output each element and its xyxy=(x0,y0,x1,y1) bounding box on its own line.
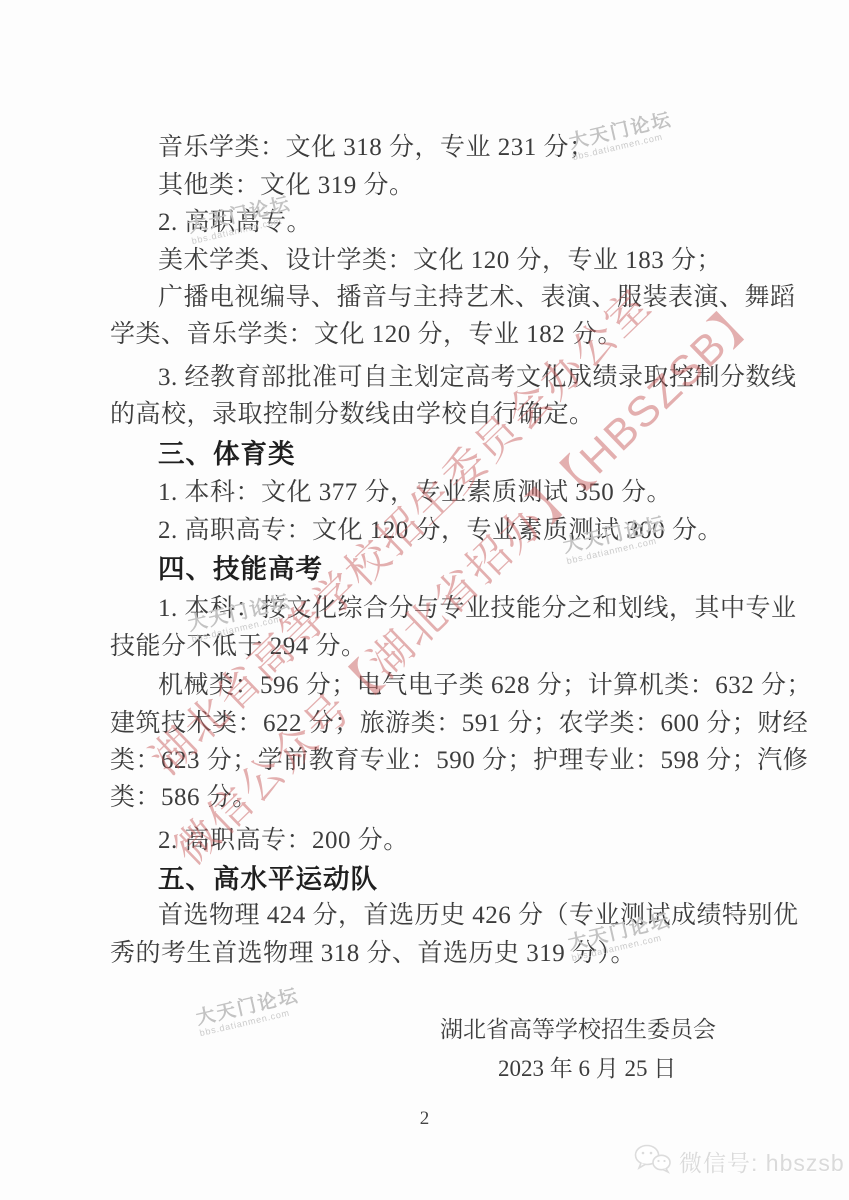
doc-line: 1. 本科：按文化综合分与专业技能分之和划线，其中专业 xyxy=(158,588,797,624)
doc-line: 秀的考生首选物理 318 分、首选历史 319 分）。 xyxy=(110,933,636,969)
signature: 湖北省高等学校招生委员会 xyxy=(440,1011,716,1044)
page-number: 2 xyxy=(0,1108,849,1130)
doc-line: 其他类：文化 319 分。 xyxy=(158,165,415,201)
doc-line: 类：623 分；学前教育专业：590 分；护理专业：598 分；汽修 xyxy=(110,740,808,776)
doc-line: 首选物理 424 分，首选历史 426 分（专业测试成绩特别优 xyxy=(158,895,799,931)
doc-line: 建筑技术类：622 分；旅游类：591 分；农学类：600 分；财经 xyxy=(110,703,808,739)
doc-line: 技能分不低于 294 分。 xyxy=(110,626,367,662)
section-heading-sports: 三、体育类 xyxy=(158,432,296,471)
doc-line: 广播电视编导、播音与主持艺术、表演、服装表演、舞蹈 xyxy=(158,277,796,313)
doc-line: 机械类：596 分；电气电子类 628 分；计算机类：632 分； xyxy=(158,665,812,701)
signature-date: 2023 年 6 月 25 日 xyxy=(498,1050,676,1083)
section-heading-skills: 四、技能高考 xyxy=(158,547,323,586)
doc-line: 1. 本科：文化 377 分，专业素质测试 350 分。 xyxy=(158,472,672,508)
forum-watermark-title: 大天门论坛 xyxy=(193,980,301,1030)
doc-line: 的高校，录取控制分数线由学校自行确定。 xyxy=(110,394,595,430)
doc-line: 美术学类、设计学类：文化 120 分，专业 183 分； xyxy=(158,240,722,276)
forum-watermark: 大天门论坛 bbs.datianmen.com xyxy=(193,980,303,1038)
document-page: 音乐学类：文化 318 分，专业 231 分； 其他类：文化 319 分。 2.… xyxy=(0,0,849,1200)
doc-line: 3. 经教育部批准可自主划定高考文化成绩录取控制分数线 xyxy=(158,357,797,393)
wechat-id-label: 微信号: hbszsb xyxy=(679,1145,845,1178)
doc-line: 2. 高职高专。 xyxy=(158,202,312,238)
doc-line: 音乐学类：文化 318 分，专业 231 分； xyxy=(158,127,595,163)
doc-line: 2. 高职高专：200 分。 xyxy=(158,820,409,856)
doc-line: 2. 高职高专：文化 120 分，专业素质测试 300 分。 xyxy=(158,510,723,546)
doc-line: 学类、音乐学类：文化 120 分，专业 182 分。 xyxy=(110,314,623,350)
wechat-icon xyxy=(633,1143,673,1180)
wechat-watermark: 微信号: hbszsb xyxy=(633,1143,845,1180)
section-heading-athletes: 五、高水平运动队 xyxy=(158,857,378,896)
forum-watermark-url: bbs.datianmen.com xyxy=(199,1005,304,1038)
doc-line: 类：586 分。 xyxy=(110,777,258,813)
